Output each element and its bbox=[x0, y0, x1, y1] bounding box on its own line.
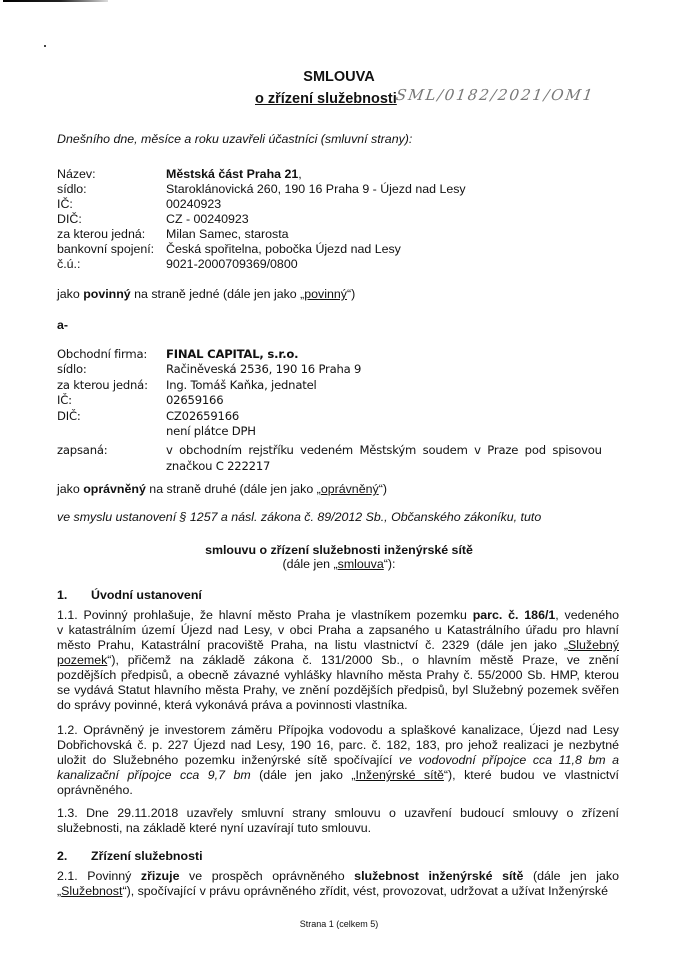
document-title: SMLOUVA bbox=[0, 70, 678, 85]
field-label: bankovní spojení: bbox=[57, 242, 166, 257]
party-2-row-ic: IČ: 02659166 bbox=[57, 393, 602, 408]
field-value: CZ - 00240923 bbox=[166, 212, 249, 227]
text: (dále jen jako „ bbox=[251, 768, 356, 782]
paragraph-line: pozemek“), přičemž na základě zákona č. … bbox=[57, 653, 619, 668]
field-value: Městská část Praha 21, bbox=[166, 167, 302, 182]
paragraph-line: 1.2. Oprávněný je investorem záměru Příp… bbox=[57, 723, 619, 738]
field-value: značkou C 222217 bbox=[166, 459, 270, 474]
text: jako bbox=[57, 287, 83, 301]
contract-alias: (dále jen „smlouva“): bbox=[0, 557, 678, 572]
party-1-row-account: č.ú.: 9021-2000709369/0800 bbox=[57, 257, 466, 272]
contract-heading: smlouvu o zřízení služebnosti inženýrské… bbox=[0, 543, 678, 558]
field-label: IČ: bbox=[57, 393, 166, 408]
paragraph-line: uložit do Služebného pozemku inženýrské … bbox=[57, 753, 619, 768]
section-number: 1. bbox=[57, 588, 91, 603]
scan-edge-artifact bbox=[3, 0, 108, 2]
field-label: DIČ: bbox=[57, 409, 166, 424]
text: (dále jen jako bbox=[523, 869, 619, 883]
paragraph-line: služebnosti, na základě které nyní uzaví… bbox=[57, 821, 619, 836]
italic-text: kanalizační přípojce cca 9,7 bm bbox=[57, 768, 251, 782]
field-value: v obchodním rejstříku vedeném Městským s… bbox=[166, 443, 602, 458]
field-value: není plátce DPH bbox=[166, 424, 256, 439]
text: na straně druhé (dále jen jako „ bbox=[146, 482, 321, 496]
text: “), které budou ve vlastnictví bbox=[444, 768, 619, 782]
bold-text: parc. č. 186/1 bbox=[473, 608, 556, 622]
field-label: za kterou jedná: bbox=[57, 227, 166, 242]
defined-term: Služebnost bbox=[61, 884, 122, 898]
paragraph-line: pozdějších předpisů, a obecně závazné vy… bbox=[57, 668, 619, 683]
party-2-row-representative: za kterou jedná: Ing. Tomáš Kaňka, jedna… bbox=[57, 378, 602, 393]
party-1-role: jako povinný na straně jedné (dále jen j… bbox=[57, 287, 355, 302]
text: město Prahu, Katastrální pracoviště Prah… bbox=[57, 638, 568, 652]
field-value: 00240923 bbox=[166, 197, 221, 212]
bold-text: zřizuje bbox=[141, 869, 180, 883]
paragraph-line: „Služebnost“), spočívající v právu opráv… bbox=[57, 884, 619, 899]
field-value: 9021-2000709369/0800 bbox=[166, 257, 298, 272]
italic-text: ve vodovodní přípojce cca 11,8 bm a bbox=[399, 753, 619, 767]
text: “), přičemž na základě zákona č. 131/200… bbox=[107, 653, 619, 667]
defined-term: pozemek bbox=[57, 653, 107, 667]
text: “) bbox=[347, 287, 355, 301]
party-2-row-address: sídlo: Račiněveská 2536, 190 16 Praha 9 bbox=[57, 362, 602, 377]
text: pozdějších předpisů, a obecně závazné vy… bbox=[57, 668, 619, 682]
field-label: sídlo: bbox=[57, 182, 166, 197]
field-value: CZ02659166 bbox=[166, 409, 239, 424]
paragraph-line: 1.3. Dne 29.11.2018 uzavřely smluvní str… bbox=[57, 806, 619, 821]
text: ve prospěch oprávněného bbox=[179, 869, 354, 883]
field-value: Staroklánovická 260, 190 16 Praha 9 - Új… bbox=[166, 182, 466, 197]
field-label: DIČ: bbox=[57, 212, 166, 227]
text: 1.3. Dne 29.11.2018 uzavřely smluvní str… bbox=[57, 806, 619, 820]
field-label: za kterou jedná: bbox=[57, 378, 166, 393]
text: “), spočívající v právu oprávněného zříd… bbox=[122, 884, 608, 898]
field-label: č.ú.: bbox=[57, 257, 166, 272]
section-title: Zřízení služebnosti bbox=[91, 849, 203, 863]
field-label: IČ: bbox=[57, 197, 166, 212]
paragraph-line: město Prahu, Katastrální pracoviště Prah… bbox=[57, 638, 619, 653]
section-2-heading: 2.Zřízení služebnosti bbox=[57, 849, 203, 864]
intro-text: Dnešního dne, měsíce a roku uzavřeli úča… bbox=[57, 132, 412, 147]
paragraph-1-1: 1.1. Povinný prohlašuje, že hlavní město… bbox=[57, 608, 619, 713]
field-label bbox=[57, 459, 166, 474]
paragraph-1-2: 1.2. Oprávněný je investorem záměru Příp… bbox=[57, 723, 619, 798]
paragraph-line: v katastrálním území Újezd nad Lesy, v o… bbox=[57, 623, 619, 638]
party-2-row-company: Obchodní firma: FINAL CAPITAL, s.r.o. bbox=[57, 347, 602, 362]
section-1-heading: 1.Úvodní ustanovení bbox=[57, 588, 202, 603]
paragraph-line: se vydává Statut hlavního města Prahy, v… bbox=[57, 683, 619, 698]
text: (dále jen „ bbox=[283, 557, 338, 571]
text: jako bbox=[57, 482, 83, 496]
paragraph-line: do správy povinné, která vykonává práva … bbox=[57, 698, 619, 713]
field-label bbox=[57, 424, 166, 439]
text: “) bbox=[379, 482, 387, 496]
paragraph-line: kanalizační přípojce cca 9,7 bm (dále je… bbox=[57, 768, 619, 783]
party-2-details: Obchodní firma: FINAL CAPITAL, s.r.o. sí… bbox=[57, 347, 602, 474]
bold-text: služebnost inženýrské sítě bbox=[354, 869, 523, 883]
parties-separator: a- bbox=[57, 318, 68, 333]
alias-term: smlouva bbox=[338, 557, 384, 571]
field-value: Ing. Tomáš Kaňka, jednatel bbox=[166, 378, 317, 393]
text: oprávněného. bbox=[57, 783, 133, 797]
text: do správy povinné, která vykonává práva … bbox=[57, 698, 408, 712]
text: 1.1. Povinný prohlašuje, že hlavní město… bbox=[57, 608, 473, 622]
text: 2.1. Povinný bbox=[57, 869, 141, 883]
comma: , bbox=[298, 167, 301, 181]
defined-term: Inženýrské sítě bbox=[356, 768, 444, 782]
paragraph-line: 1.1. Povinný prohlašuje, že hlavní město… bbox=[57, 608, 619, 623]
section-number: 2. bbox=[57, 849, 91, 864]
text: , vedeného bbox=[555, 608, 619, 622]
party-1-row-address: sídlo: Staroklánovická 260, 190 16 Praha… bbox=[57, 182, 466, 197]
party-2-row-vat-status: není plátce DPH bbox=[57, 424, 602, 439]
party-1-name: Městská část Praha 21 bbox=[166, 167, 298, 181]
paragraph-line: 2.1. Povinný zřizuje ve prospěch oprávně… bbox=[57, 869, 619, 884]
party-2-name: FINAL CAPITAL, s.r.o. bbox=[166, 347, 298, 362]
legal-basis: ve smyslu ustanovení § 1257 a násl. záko… bbox=[57, 510, 541, 525]
role-term: povinný bbox=[304, 287, 347, 301]
field-value: Račiněveská 2536, 190 16 Praha 9 bbox=[166, 362, 361, 377]
party-1-row-representative: za kterou jedná: Milan Samec, starosta bbox=[57, 227, 466, 242]
role-bold: povinný bbox=[83, 287, 131, 301]
text: se vydává Statut hlavního města Prahy, v… bbox=[57, 683, 619, 697]
role-term: oprávněný bbox=[321, 482, 379, 496]
paragraph-line: oprávněného. bbox=[57, 783, 619, 798]
party-2-row-registration: zapsaná: v obchodním rejstříku vedeném M… bbox=[57, 443, 602, 458]
paragraph-1-3: 1.3. Dne 29.11.2018 uzavřely smluvní str… bbox=[57, 806, 619, 836]
party-1-row-bank: bankovní spojení: Česká spořitelna, pobo… bbox=[57, 242, 466, 257]
party-2-row-registration-cont: značkou C 222217 bbox=[57, 459, 602, 474]
document-subtitle: o zřízení služebnosti bbox=[255, 92, 397, 107]
page-footer: Strana 1 (celkem 5) bbox=[0, 917, 678, 932]
field-label: zapsaná: bbox=[57, 443, 166, 458]
text: Dobřichovská č. p. 227 Újezd nad Lesy, 1… bbox=[57, 738, 619, 752]
handwritten-reference-number: SML/0182/2021/OM1 bbox=[395, 88, 595, 103]
scan-speck bbox=[44, 45, 46, 47]
party-2-role: jako oprávněný na straně druhé (dále jen… bbox=[57, 482, 387, 497]
section-title: Úvodní ustanovení bbox=[91, 588, 202, 602]
text: služebnosti, na základě které nyní uzaví… bbox=[57, 821, 371, 835]
party-2-row-dic: DIČ: CZ02659166 bbox=[57, 409, 602, 424]
text: v katastrálním území Újezd nad Lesy, v o… bbox=[57, 623, 619, 637]
field-label: sídlo: bbox=[57, 362, 166, 377]
field-value: Milan Samec, starosta bbox=[166, 227, 289, 242]
text: “): bbox=[384, 557, 396, 571]
party-1-row-dic: DIČ: CZ - 00240923 bbox=[57, 212, 466, 227]
text: uložit do Služebného pozemku inženýrské … bbox=[57, 753, 399, 767]
role-bold: oprávněný bbox=[83, 482, 146, 496]
field-label: Obchodní firma: bbox=[57, 347, 166, 362]
text: 1.2. Oprávněný je investorem záměru Příp… bbox=[57, 723, 619, 737]
defined-term: Služebný bbox=[568, 638, 619, 652]
party-1-row-ic: IČ: 00240923 bbox=[57, 197, 466, 212]
party-1-details: Název: Městská část Praha 21, sídlo: Sta… bbox=[57, 167, 466, 272]
field-value: Česká spořitelna, pobočka Újezd nad Lesy bbox=[166, 242, 401, 257]
paragraph-line: Dobřichovská č. p. 227 Újezd nad Lesy, 1… bbox=[57, 738, 619, 753]
paragraph-2-1: 2.1. Povinný zřizuje ve prospěch oprávně… bbox=[57, 869, 619, 899]
field-value: 02659166 bbox=[166, 393, 223, 408]
field-label: Název: bbox=[57, 167, 166, 182]
party-1-row-name: Název: Městská část Praha 21, bbox=[57, 167, 466, 182]
text: na straně jedné (dále jen jako „ bbox=[131, 287, 305, 301]
